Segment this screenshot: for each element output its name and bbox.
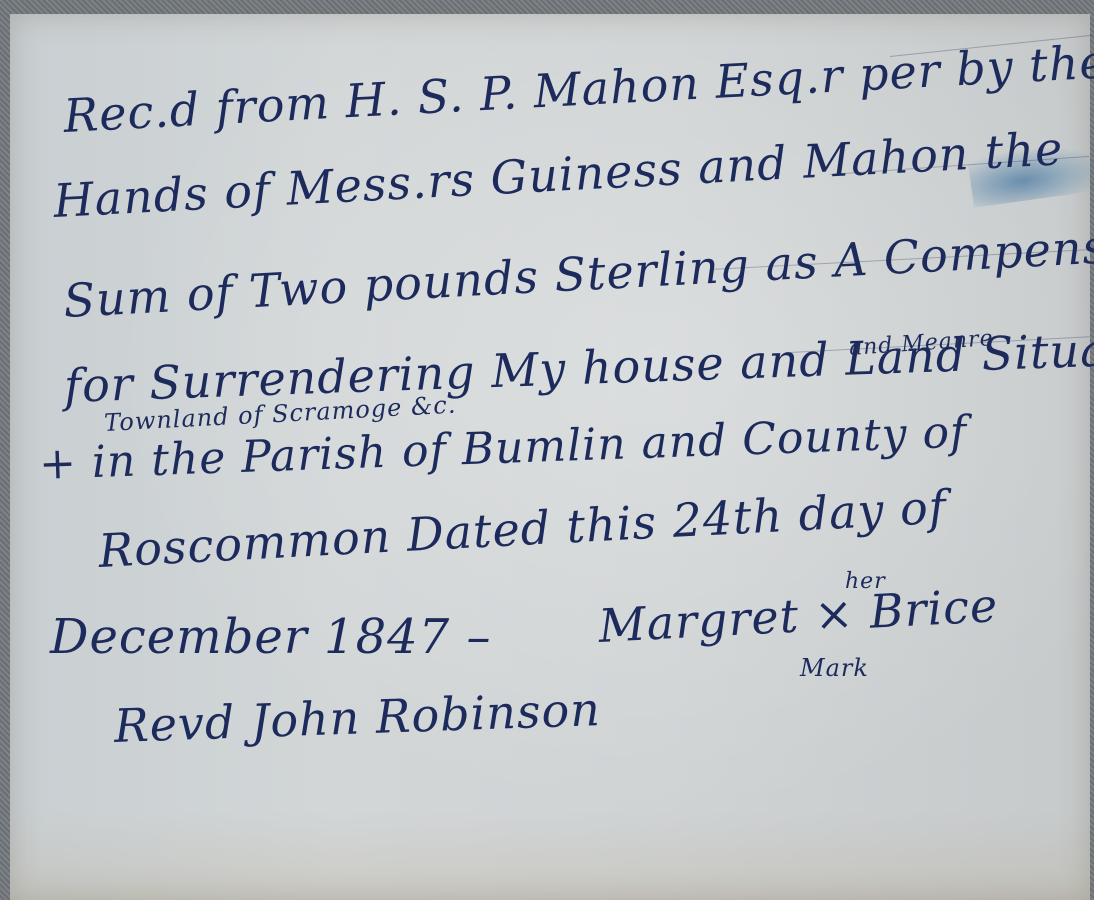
signature-name: Margret × Brice [597,578,999,653]
receipt-line-3: Sum of Two pounds Sterling as A Compensa… [62,213,1094,328]
receipt-line-2: Hands of Mess.rs Guiness and Mahon the [52,121,1064,228]
witness-line: Revd John Robinson [113,682,602,753]
receipt-line-6: Roscommon Dated this 24th day of [97,480,948,578]
paper-sheet: Rec.d from H. S. P. Mahon Esq.r per by t… [10,14,1090,900]
receipt-line-4: for Surrendering My house and Land Situa… [63,321,1094,413]
receipt-date-line: December 1847 – [50,609,491,665]
signature-mark: Mark [800,654,869,682]
